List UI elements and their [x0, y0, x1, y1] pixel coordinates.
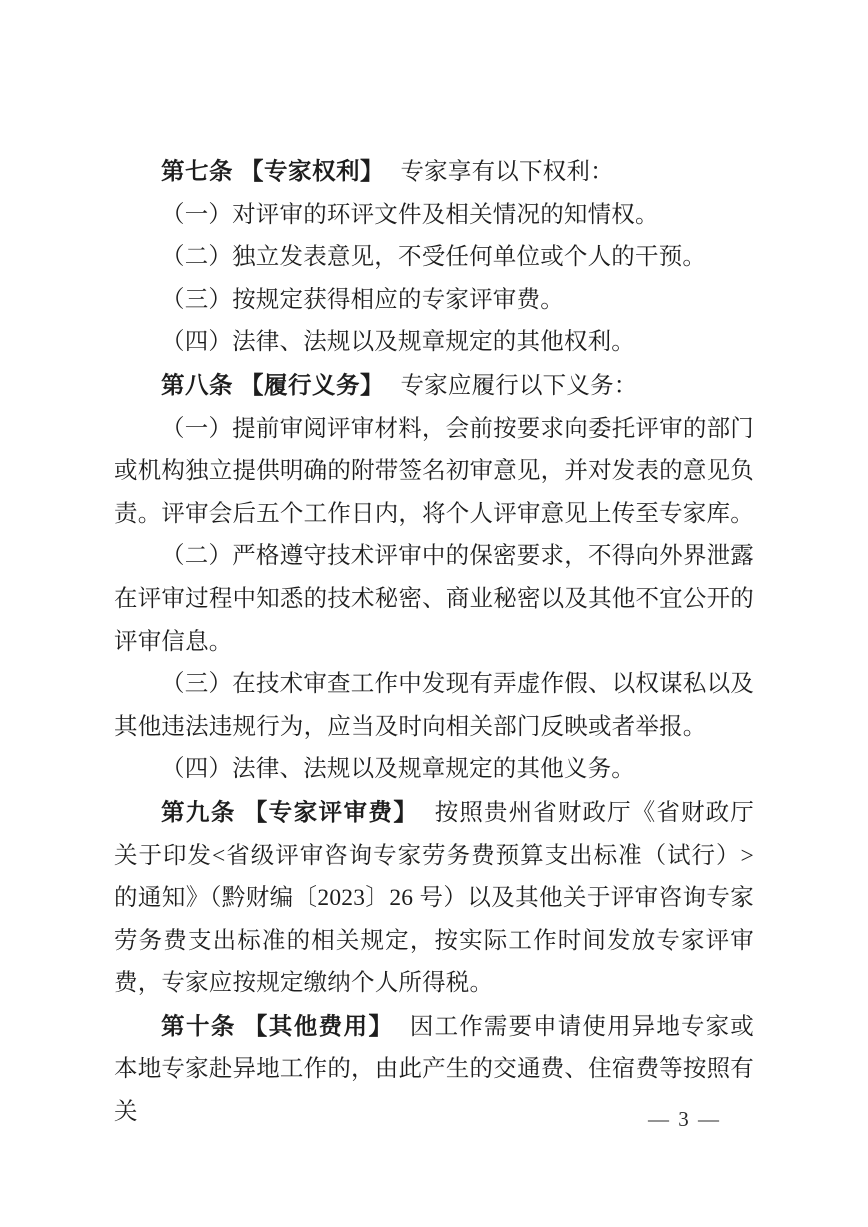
article-7-item-3-text: （三）按规定获得相应的专家评审费。 — [161, 287, 564, 313]
article-7-intro-text: 专家享有以下权利： — [400, 159, 613, 185]
article-9-body-text: 按照贵州省财政厅《省财政厅关于印发<省级评审咨询专家劳务费预算支出标准（试行）>… — [114, 800, 754, 996]
article-7-item-4: （四）法律、法规以及规章规定的其他权利。 — [114, 321, 754, 364]
article-8-item-2-text: （二）严格遵守技术评审中的保密要求，不得向外界泄露在评审过程中知悉的技术秘密、商… — [114, 543, 754, 654]
article-8-item-4-text: （四）法律、法规以及规章规定的其他义务。 — [161, 756, 635, 782]
article-9-paragraph: 第九条 【专家评审费】按照贵州省财政厅《省财政厅关于印发<省级评审咨询专家劳务费… — [114, 791, 754, 1005]
article-8-item-1: （一）提前审阅评审材料，会前按要求向委托评审的部门或机构独立提供明确的附带签名初… — [114, 408, 754, 536]
article-8-heading-paragraph: 第八条 【履行义务】专家应履行以下义务： — [114, 364, 754, 408]
document-body: 第七条 【专家权利】专家享有以下权利： （一）对评审的环评文件及相关情况的知情权… — [114, 150, 754, 1134]
article-9-title: 第九条 【专家评审费】 — [161, 799, 418, 825]
article-8-item-1-text: （一）提前审阅评审材料，会前按要求向委托评审的部门或机构独立提供明确的附带签名初… — [114, 416, 754, 527]
article-7-item-3: （三）按规定获得相应的专家评审费。 — [114, 279, 754, 322]
article-7-item-4-text: （四）法律、法规以及规章规定的其他权利。 — [161, 329, 635, 355]
article-7-item-2: （二）独立发表意见，不受任何单位或个人的干预。 — [114, 236, 754, 279]
article-7-item-1: （一）对评审的环评文件及相关情况的知情权。 — [114, 194, 754, 237]
article-8-item-4: （四）法律、法规以及规章规定的其他义务。 — [114, 748, 754, 791]
article-8-intro-text: 专家应履行以下义务： — [400, 373, 637, 399]
article-10-title: 第十条 【其他费用】 — [161, 1013, 393, 1039]
article-8-item-2: （二）严格遵守技术评审中的保密要求，不得向外界泄露在评审过程中知悉的技术秘密、商… — [114, 535, 754, 663]
article-7-item-2-text: （二）独立发表意见，不受任何单位或个人的干预。 — [161, 244, 706, 270]
document-page: 第七条 【专家权利】专家享有以下权利： （一）对评审的环评文件及相关情况的知情权… — [0, 0, 868, 1227]
article-7-heading-paragraph: 第七条 【专家权利】专家享有以下权利： — [114, 150, 754, 194]
article-8-title: 第八条 【履行义务】 — [161, 372, 384, 398]
article-8-item-3-text: （三）在技术审查工作中发现有弄虚作假、以权谋私以及其他违法违规行为，应当及时向相… — [114, 671, 754, 740]
article-7-item-1-text: （一）对评审的环评文件及相关情况的知情权。 — [161, 202, 659, 228]
page-number: — 3 — — [648, 1104, 721, 1134]
article-8-item-3: （三）在技术审查工作中发现有弄虚作假、以权谋私以及其他违法违规行为，应当及时向相… — [114, 663, 754, 748]
article-7-title: 第七条 【专家权利】 — [161, 158, 384, 184]
